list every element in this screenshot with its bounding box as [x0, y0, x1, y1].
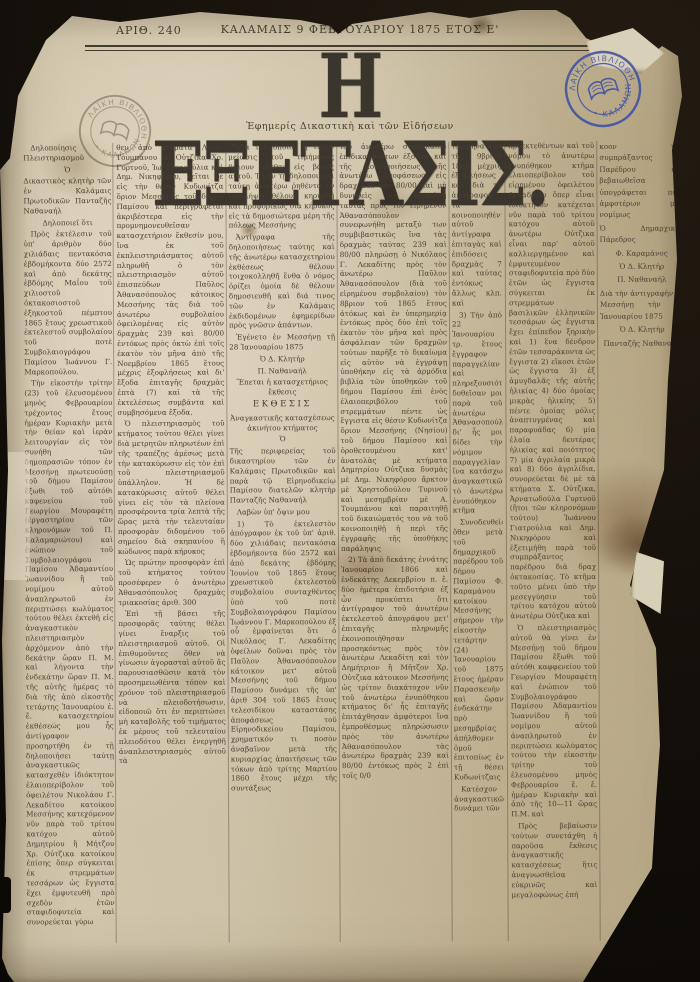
paragraph: 3) Τὴν ἀπὸ 22 Ἰανουαρίου τρ. ἔτους ἔγγρα… [452, 310, 503, 516]
paragraph: 1) Τὸ ἐκτελεστὸν ἀπόγραφον ἐκ τοῦ ὑπ' ἀρ… [230, 519, 337, 794]
paragraph: Ἕπεται ἡ κατασχετήριος ἔκθεσις [229, 377, 335, 397]
paragraph: Ἐπὶ τῇ βάσει τῆς προσφορᾶς ταύτης θέλει … [118, 609, 226, 766]
paragraph: Τῆς περιφερείας τοῦ δικαστηρίου τῶν ἐν Κ… [230, 446, 336, 505]
article-column-7: κοον τοῦ συμπράξαντος Παρέδρου καὶ βεβαι… [599, 141, 687, 947]
article-column-3: ἔξοδα τοῦ ὁποίου ἡ τυχὸν μείωσις τοῦ τιμ… [228, 142, 338, 948]
newspaper-page: ΑΡΙΘ. 240 ΚΑΛΑΜΑΙΣ 9 ΦΕΒΡΟΥΑΡΙΟΥ 1875 ΕΤ… [0, 0, 700, 982]
paragraph: Πανταζῆς Ναθαναήλ [600, 337, 684, 349]
paragraph: Ὡς πρώτην προσφορὰν ἐπὶ τοῦ κτήματος τού… [118, 558, 225, 607]
scan-backing: ΑΡΙΘ. 240 ΚΑΛΑΜΑΙΣ 9 ΦΕΒΡΟΥΑΡΙΟΥ 1875 ΕΤ… [0, 0, 700, 982]
paragraph: Ἀναγκαστικῆς κατασχέσεως ἀκινήτου κτήματ… [229, 413, 335, 433]
paragraph: θεν ἀπὸ κτήματα Λεων. Τουμπάνου Δ. Οὐτζι… [116, 143, 224, 418]
paragraph: Ἐγένετο ἐν Μεσσήνῃ τῇ 28 Ἰανουαρίου 1875 [229, 332, 335, 352]
paragraph: Ὁ Δ. Κλητήρ [229, 354, 335, 364]
paragraph: Λαβὼν ὑπ' ὄψιν μου [230, 507, 336, 517]
article-column-4: τοῦ ἀνωτέρω συμβολαίου ἐπιδικασθέντων ἐξ… [339, 142, 450, 948]
paragraph: Ὁ Δ. Κλητήρ [600, 324, 684, 336]
edge-mark [0, 877, 11, 913]
article-column-6: προεκτεθέντων καὶ τοῦ νόμου τὸ ἀνωτέρω ἐ… [508, 141, 598, 947]
paragraph: Δικαστικὸς κλητὴρ τῶν ἐν Καλάμαις Πρωτοδ… [23, 176, 111, 216]
paragraph: τὸν μῆνα ἀπὸ τῆς 9βρίου 1865 μέχρις ἐξοφ… [451, 141, 502, 308]
paragraph: Ὁ Δ. Κλητήρ [600, 261, 684, 273]
paragraph: Ὁ πλειστηριασμὸς τοῦ κτήματος τούτου θέλ… [117, 419, 225, 557]
paragraph: Δηλοποιεῖ ὅτι [24, 218, 112, 228]
issue-number: ΑΡΙΘ. 240 [116, 24, 182, 37]
paragraph: Διὰ τὴν ἀντιγραφὴν ἐν Μεσσήνῃ τὴν 28 Ἰαν… [600, 287, 684, 322]
paragraph: τοῦ ἀνωτέρω συμβολαίου ἐπιδικασθέντων ἐξ… [339, 142, 448, 554]
paragraph: Κατέσχον ἀναγκαστικῶς δυνάμει τῶν [454, 784, 504, 814]
paragraph: Π. Ναθαναήλ [229, 366, 335, 376]
article-column-2: θεν ἀπὸ κτήματα Λεων. Τουμπάνου Δ. Οὐτζι… [116, 143, 227, 949]
paragraph: Ὁ [23, 165, 111, 175]
paragraph: Δηλοποίησις Πλειστηριασμοῦ [23, 143, 111, 163]
paragraph: προεκτεθέντων καὶ τοῦ νόμου τὸ ἀνωτέρω ἐ… [508, 141, 596, 621]
paragraph: Π. Ναθαναήλ [600, 274, 684, 286]
paragraph: Πρὸς ἐκτέλεσιν τοῦ ὑπ' ἀριθμὸν δύο χιλιά… [24, 229, 113, 376]
paragraph: ΕΚΘΕΣΙΣ [229, 400, 335, 410]
paragraph: Πρὸς βεβαίωσιν τούτων συνετάχθη ἡ παροῦσ… [511, 821, 597, 900]
paragraph: Ἀντίγραφα τῆς δηλοποιήσεως ταύτης καὶ τῆ… [229, 232, 335, 330]
article-column-5: τὸν μῆνα ἀπὸ τῆς 9βρίου 1865 μέχρις ἐξοφ… [451, 141, 505, 947]
paragraph: Φ. Καραμάνος [600, 247, 684, 259]
paragraph: 2) Τὰ ἀπὸ δεκάτης ἐννάτης Ἰανουαρίου 186… [341, 555, 449, 781]
newspaper-subtitle: Ἐφημερίς Δικαστικὴ καὶ τῶν Εἰδήσεων [150, 121, 550, 132]
paragraph: κοον τοῦ συμπράξαντος Παρέδρου καὶ βεβαι… [599, 141, 683, 221]
paragraph: Συνοδευθεὶς ὅθεν μετὰ τοῦ δημαρχικοῦ παρ… [453, 518, 504, 783]
paragraph: Τὴν εἰκοστὴν τρίτην (23) τοῦ ἐλευσομένου… [24, 378, 114, 927]
paragraph: ἔξοδα τοῦ ὁποίου ἡ τυχὸν μείωσις τοῦ τιμ… [228, 142, 334, 231]
article-column-1: Δηλοποίησις ΠλειστηριασμοῦὉΔικαστικὸς κλ… [23, 143, 115, 949]
paragraph: Ὁ [230, 434, 336, 444]
paragraph: Ὁ πλειστηριασμὸς αὐτοῦ θὰ γίνει ἐν Μεσσή… [510, 623, 597, 819]
paragraph: Ὁ Δημαρχικὸς Πάρεδρος [600, 222, 684, 245]
article-text-block: Δηλοποίησις ΠλειστηριασμοῦὉΔικαστικὸς κλ… [0, 140, 700, 953]
